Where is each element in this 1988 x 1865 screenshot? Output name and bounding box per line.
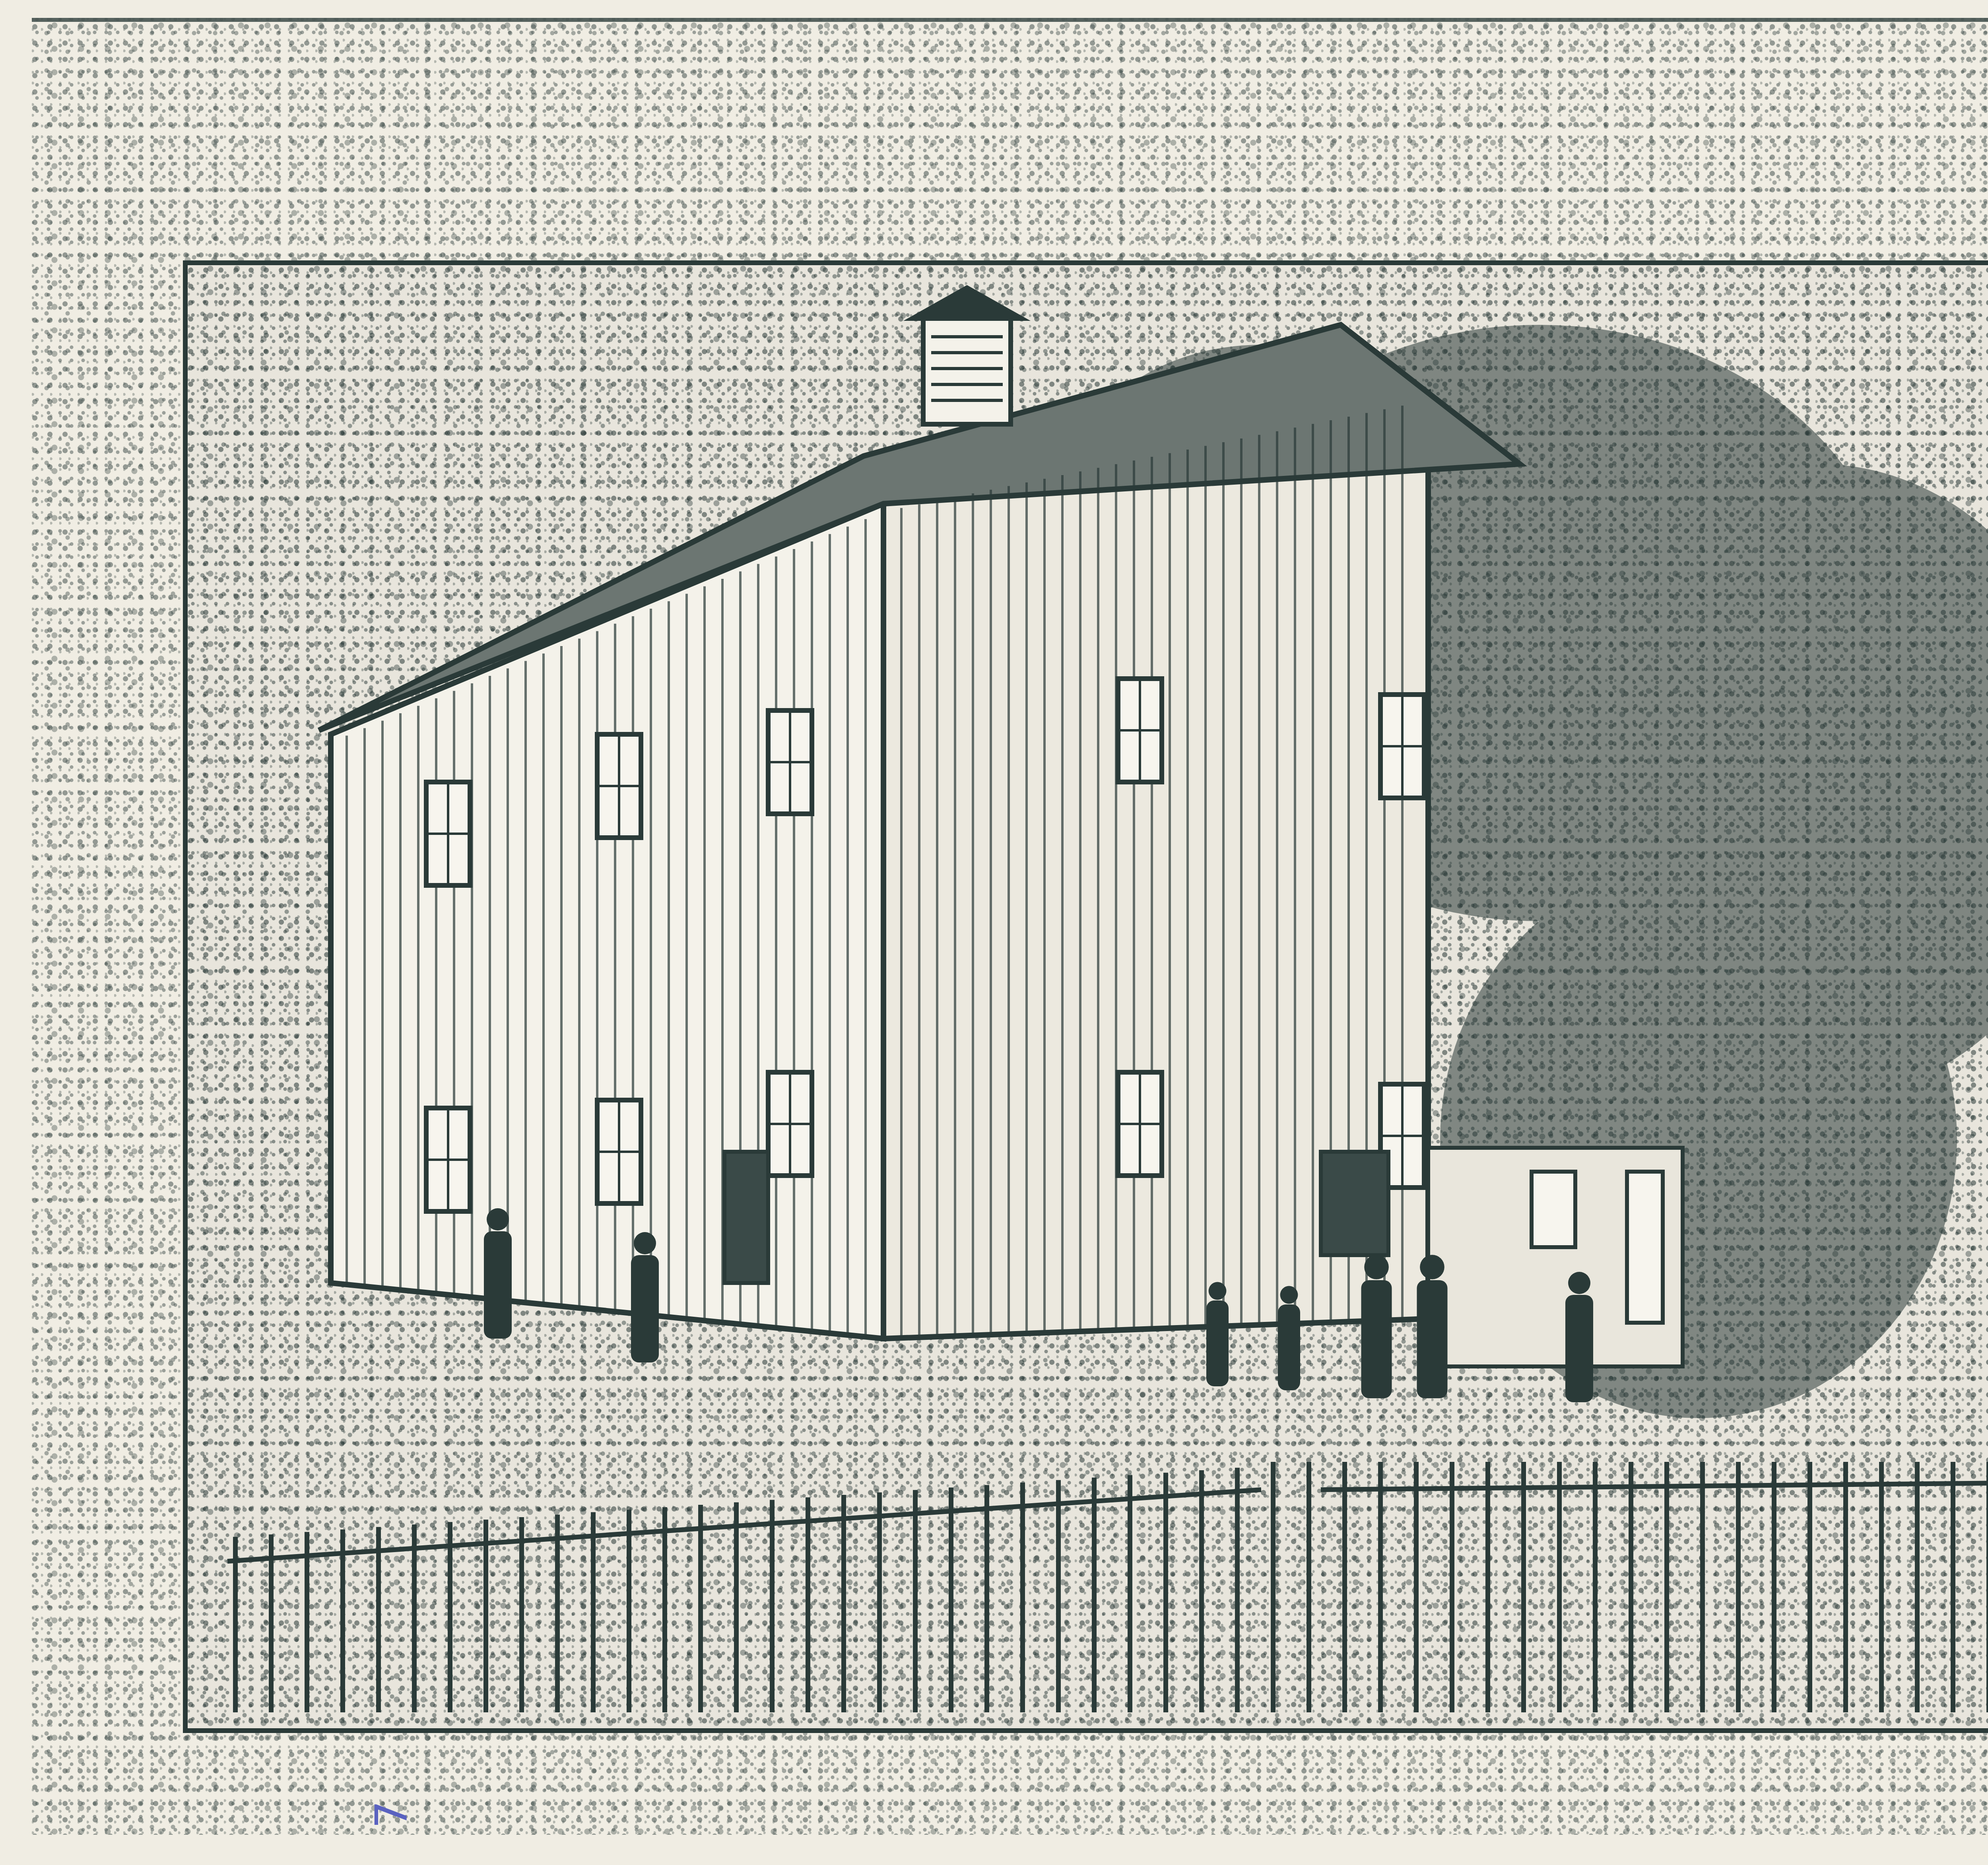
mill-building — [319, 285, 1520, 1339]
mill-photograph — [183, 260, 1988, 1733]
mill-illustration — [188, 265, 1988, 1728]
picket-fence — [227, 1462, 1988, 1712]
brick-building — [1428, 1148, 1683, 1366]
handwritten-page-mark: 7 — [366, 1801, 417, 1828]
